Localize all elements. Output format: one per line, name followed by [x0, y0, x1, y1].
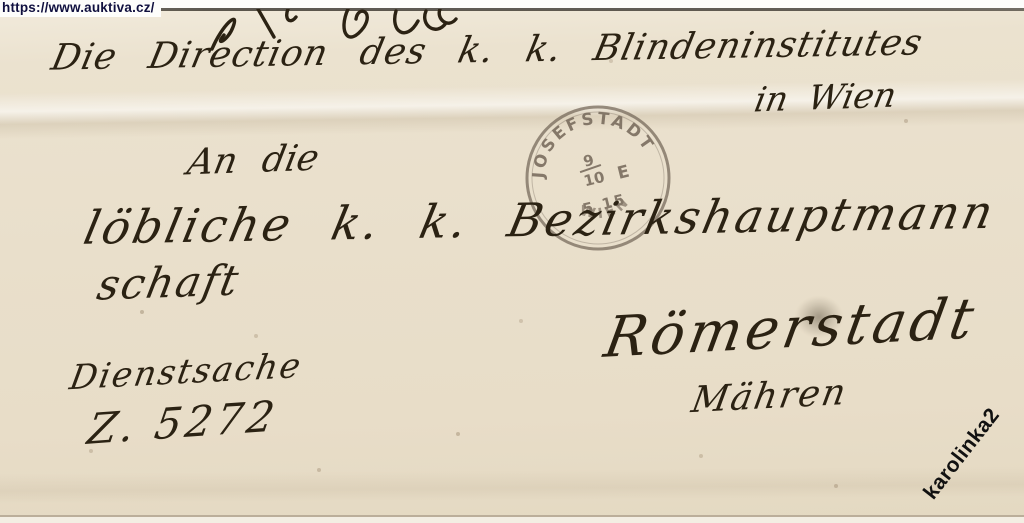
addressee-line2: schaft — [93, 255, 244, 309]
salutation: An die — [184, 138, 322, 184]
top-address-line2: in Wien — [751, 75, 900, 120]
postmark-letter: E — [615, 162, 631, 184]
scanned-envelope-image: JOSEFSTADT WIEN 9 10 E 5 15 Die Directio… — [0, 0, 1024, 523]
postmark-date-denominator: 10 — [582, 168, 607, 191]
source-url-caption: https://www.auktiva.cz/ — [0, 0, 161, 17]
envelope-bottom-edge — [0, 515, 1024, 523]
destination-region: Mähren — [688, 372, 850, 422]
